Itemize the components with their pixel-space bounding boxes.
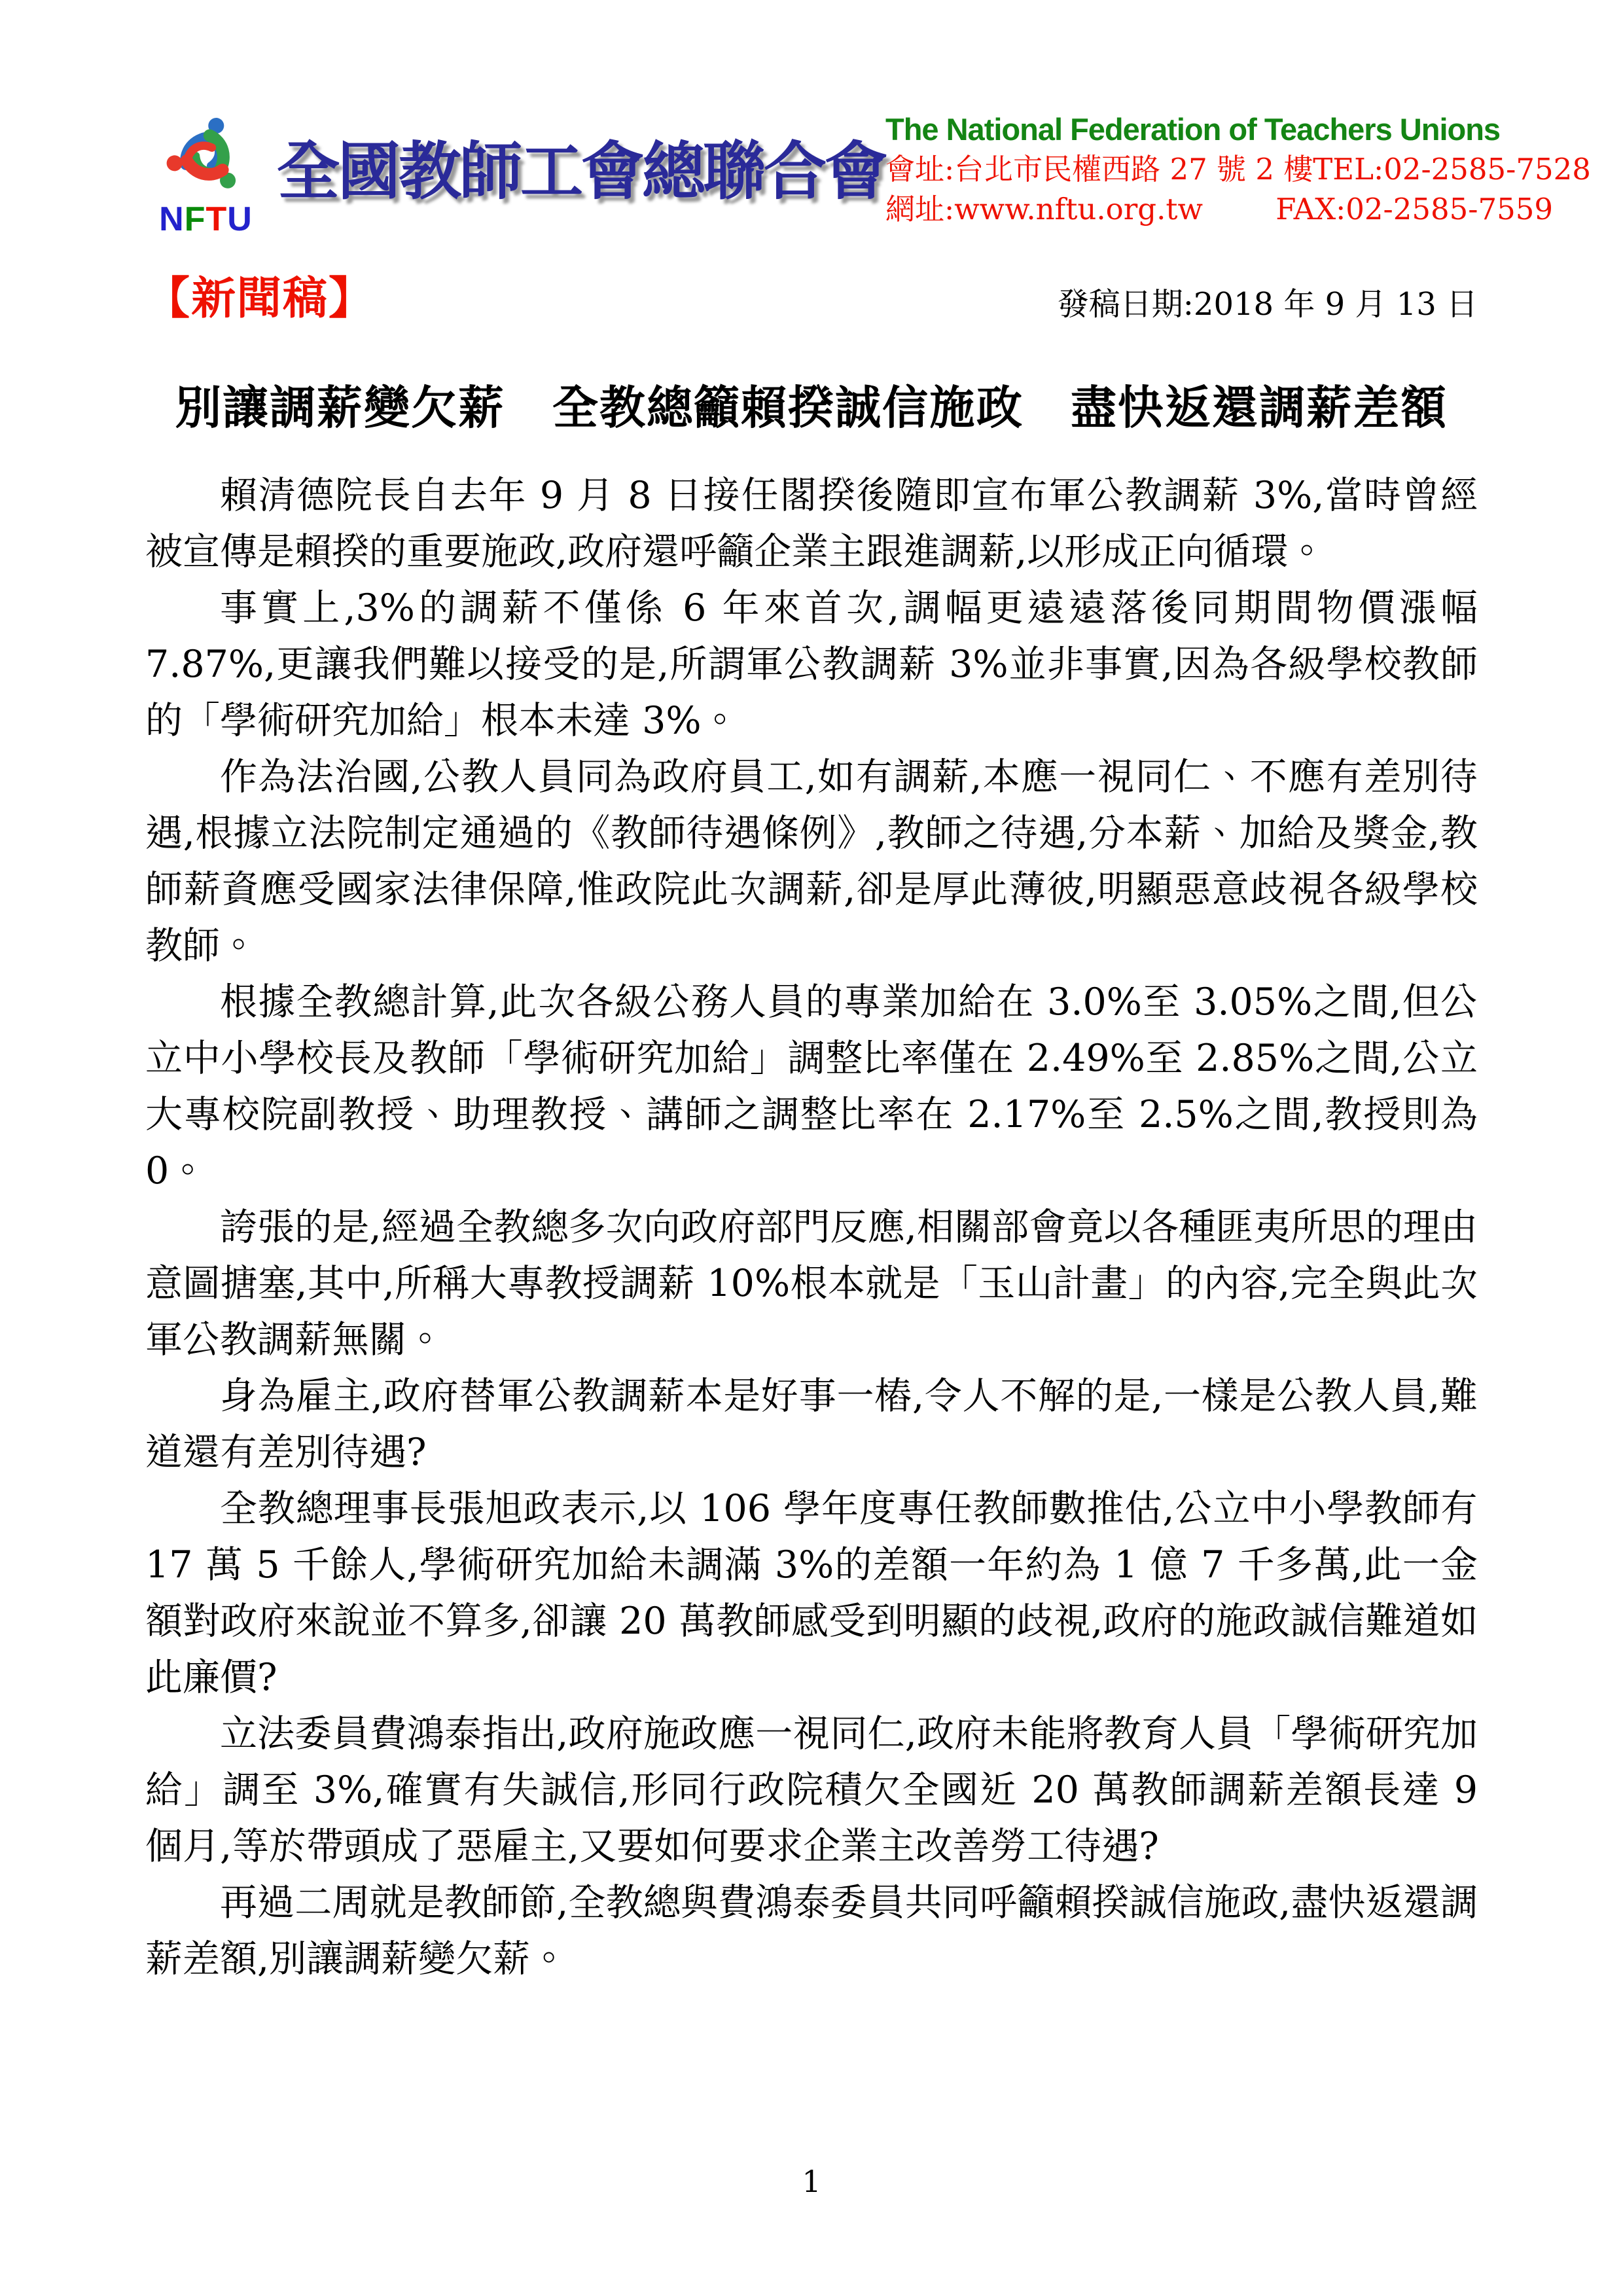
fax-text: FAX:02-2585-7559 <box>1275 192 1553 226</box>
nftu-letter-f: F <box>185 200 206 238</box>
paragraph-6: 身為雇主,政府替軍公教調薪本是好事一樁,令人不解的是,一樣是公教人員,難道還有差… <box>145 1368 1478 1480</box>
release-date: 發稿日期:2018 年 9 月 13 日 <box>1058 279 1478 327</box>
paragraph-8: 立法委員費鴻泰指出,政府施政應一視同仁,政府未能將教育人員「學術研究加給」調至 … <box>145 1706 1478 1874</box>
nftu-logo-icon <box>150 103 262 203</box>
logo-block: NFTU 全國教師工會總聯合會 <box>145 103 885 237</box>
paragraph-9: 再過二周就是教師節,全教總與費鴻泰委員共同呼籲賴揆誠信施政,盡快返還調薪差額,別… <box>145 1874 1478 1987</box>
paragraph-4: 根據全教總計算,此次各級公務人員的專業加給在 3.0%至 3.05%之間,但公立… <box>145 974 1478 1199</box>
contact-block: The National Federation of Teachers Unio… <box>885 113 1553 226</box>
paragraph-7: 全教總理事長張旭政表示,以 106 學年度專任教師數推估,公立中小學教師有 17… <box>145 1480 1478 1706</box>
paragraph-1: 賴清德院長自去年 9 月 8 日接任閣揆後隨即宣布軍公教調薪 3%,當時曾經被宣… <box>145 467 1478 580</box>
doc-type-label: 【新聞稿】 <box>145 263 374 327</box>
paragraph-2: 事實上,3%的調薪不僅係 6 年來首次,調幅更遠遠落後同期間物價漲幅7.87%,… <box>145 580 1478 749</box>
logo-mark: NFTU <box>145 103 266 237</box>
tel-text: TEL:02-2585-7528 <box>1313 152 1591 187</box>
page-number: 1 <box>0 2164 1623 2199</box>
press-release-page: NFTU 全國教師工會總聯合會 The National Federation … <box>0 0 1623 2296</box>
press-release-body: 賴清德院長自去年 9 月 8 日接任閣揆後隨即宣布軍公教調薪 3%,當時曾經被宣… <box>145 467 1478 1987</box>
paragraph-3: 作為法治國,公教人員同為政府員工,如有調薪,本應一視同仁、不應有差別待遇,根據立… <box>145 749 1478 974</box>
nftu-letter-n: N <box>159 200 185 238</box>
contact-row-1: 會址:台北市民權西路 27 號 2 樓 TEL:02-2585-7528 <box>885 152 1553 187</box>
meta-row: 【新聞稿】 發稿日期:2018 年 9 月 13 日 <box>145 263 1478 327</box>
nftu-letter-u: U <box>227 200 253 238</box>
nftu-acronym: NFTU <box>159 202 253 237</box>
paragraph-5: 誇張的是,經過全教總多次向政府部門反應,相關部會竟以各種匪夷所思的理由意圖搪塞,… <box>145 1199 1478 1368</box>
website-text: 網址:www.nftu.org.tw <box>885 192 1203 226</box>
letterhead: NFTU 全國教師工會總聯合會 The National Federation … <box>145 103 1478 246</box>
nftu-letter-t: T <box>206 200 228 238</box>
contact-row-2: 網址:www.nftu.org.tw FAX:02-2585-7559 <box>885 192 1553 226</box>
address-text: 會址:台北市民權西路 27 號 2 樓 <box>885 152 1313 187</box>
org-name-chinese: 全國教師工會總聯合會 <box>277 122 885 211</box>
org-name-english: The National Federation of Teachers Unio… <box>885 113 1553 147</box>
page-title: 別讓調薪變欠薪 全教總籲賴揆誠信施政 盡快返還調薪差額 <box>145 371 1478 437</box>
